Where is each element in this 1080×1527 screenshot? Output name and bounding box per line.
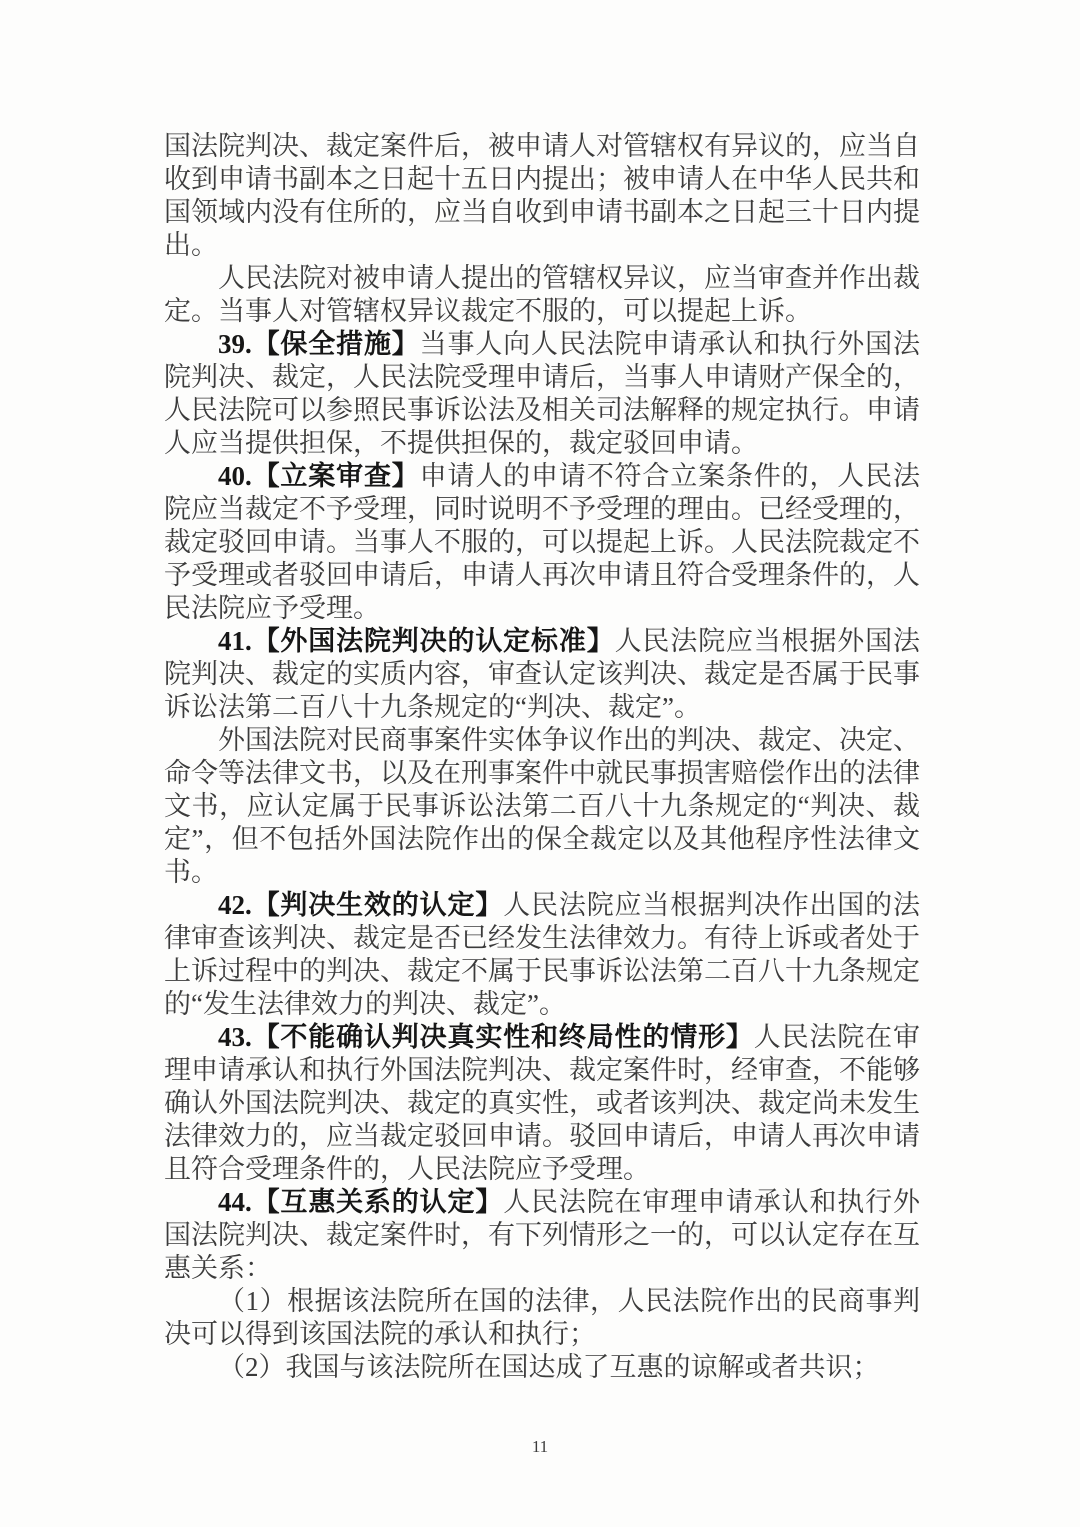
paragraph-article-39: 39.【保全措施】当事人向人民法院申请承认和执行外国法院判决、裁定，人民法院受理… xyxy=(164,328,920,460)
paragraph-text: （1）根据该法院所在国的法律，人民法院作出的民商事判决可以得到该国法院的承认和执… xyxy=(164,1286,920,1349)
paragraph-list-item-2: （2）我国与该法院所在国达成了互惠的谅解或者共识； xyxy=(164,1351,920,1384)
paragraph-list-item-1: （1）根据该法院所在国的法律，人民法院作出的民商事判决可以得到该国法院的承认和执… xyxy=(164,1285,920,1351)
paragraph-text: （2）我国与该法院所在国达成了互惠的谅解或者共识； xyxy=(218,1352,880,1382)
paragraph-text: 人民法院对被申请人提出的管辖权异议，应当审查并作出裁定。当事人对管辖权异议裁定不… xyxy=(164,263,920,326)
article-43-heading: 43.【不能确认判决真实性和终局性的情形】 xyxy=(218,1022,754,1052)
paragraph-continuation: 国法院判决、裁定案件后，被申请人对管辖权有异议的，应当自收到申请书副本之日起十五… xyxy=(164,130,920,262)
paragraph-text: 国法院判决、裁定案件后，被申请人对管辖权有异议的，应当自收到申请书副本之日起十五… xyxy=(164,131,920,260)
paragraph-article-43: 43.【不能确认判决真实性和终局性的情形】人民法院在审理申请承认和执行外国法院判… xyxy=(164,1021,920,1186)
paragraph: 人民法院对被申请人提出的管辖权异议，应当审查并作出裁定。当事人对管辖权异议裁定不… xyxy=(164,262,920,328)
paragraph-article-44: 44.【互惠关系的认定】人民法院在审理申请承认和执行外国法院判决、裁定案件时，有… xyxy=(164,1186,920,1285)
article-42-heading: 42.【判决生效的认定】 xyxy=(218,890,503,920)
paragraph-article-40: 40.【立案审查】申请人的申请不符合立案条件的，人民法院应当裁定不予受理，同时说… xyxy=(164,460,920,625)
paragraph-article-42: 42.【判决生效的认定】人民法院应当根据判决作出国的法律审查该判决、裁定是否已经… xyxy=(164,889,920,1021)
text-column: 国法院判决、裁定案件后，被申请人对管辖权有异议的，应当自收到申请书副本之日起十五… xyxy=(164,130,920,1384)
article-41-heading: 41.【外国法院判决的认定标准】 xyxy=(218,626,615,656)
paragraph-article-41: 41.【外国法院判决的认定标准】人民法院应当根据外国法院判决、裁定的实质内容，审… xyxy=(164,625,920,724)
document-page: 国法院判决、裁定案件后，被申请人对管辖权有异议的，应当自收到申请书副本之日起十五… xyxy=(0,0,1080,1527)
article-40-heading: 40.【立案审查】 xyxy=(218,461,420,491)
article-44-heading: 44.【互惠关系的认定】 xyxy=(218,1187,503,1217)
article-39-heading: 39.【保全措施】 xyxy=(218,329,420,359)
paragraph-text: 外国法院对民商事案件实体争议作出的判决、裁定、决定、命令等法律文书，以及在刑事案… xyxy=(164,725,920,887)
paragraph: 外国法院对民商事案件实体争议作出的判决、裁定、决定、命令等法律文书，以及在刑事案… xyxy=(164,724,920,889)
page-number: 11 xyxy=(0,1436,1080,1458)
